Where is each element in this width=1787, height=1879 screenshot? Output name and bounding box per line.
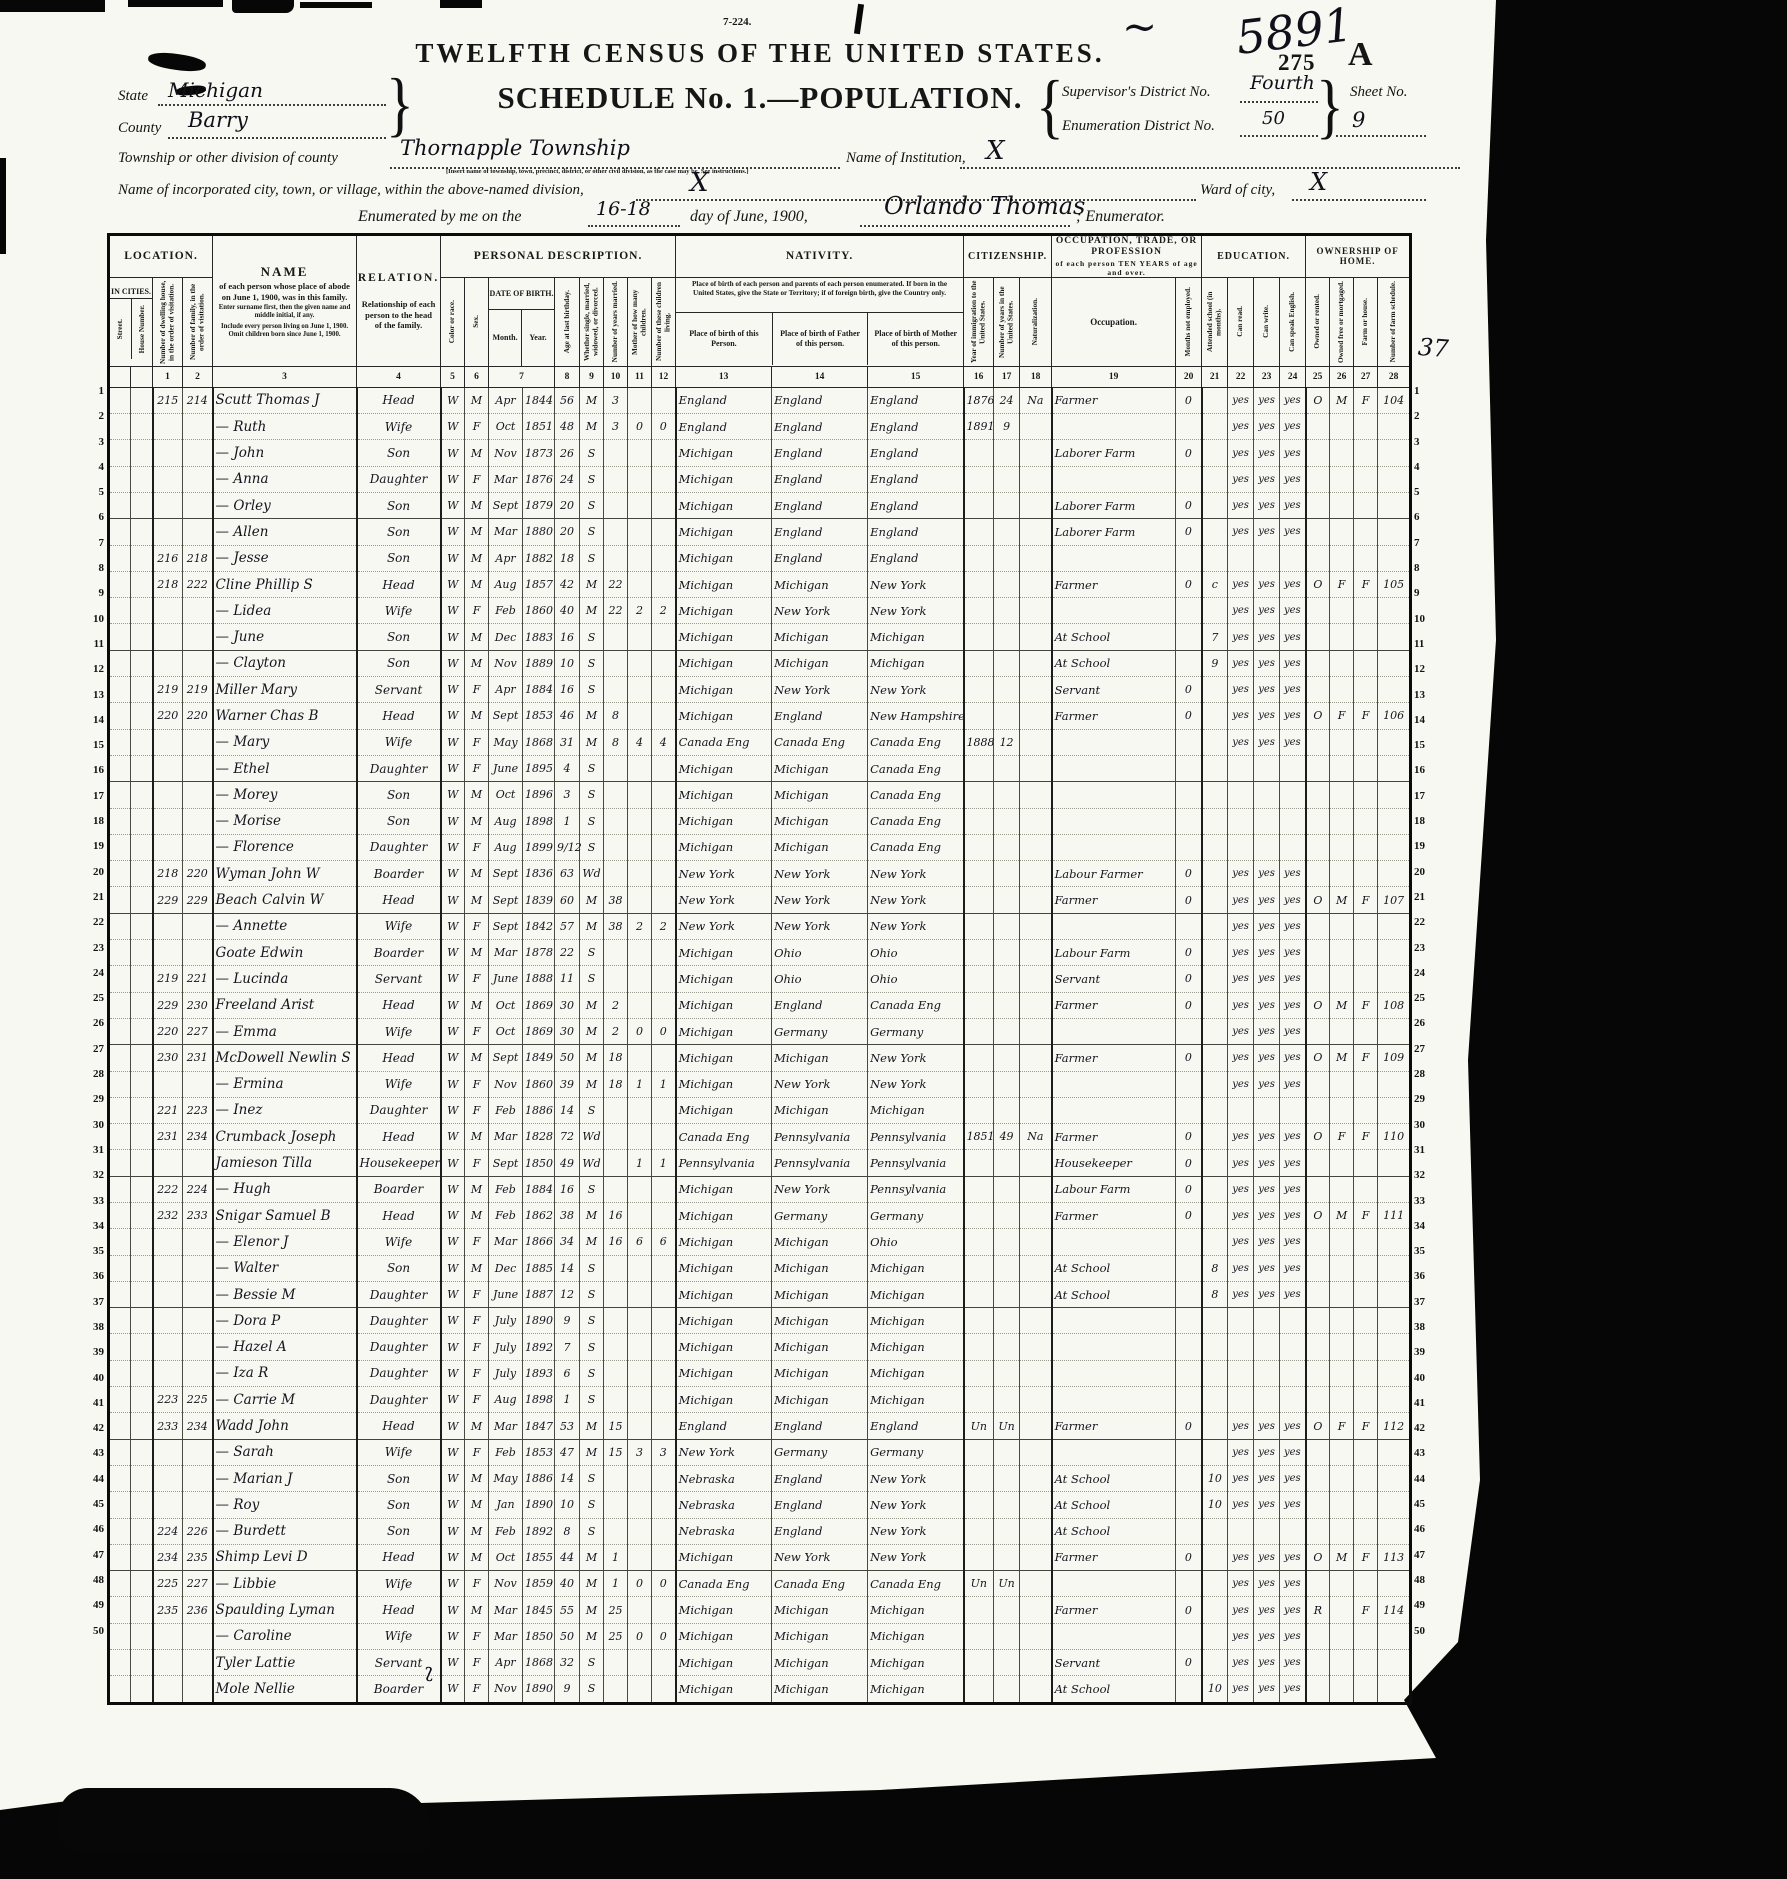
cell-sex: F (465, 1334, 489, 1360)
cell-years-married (604, 466, 628, 492)
cell-name: — Lucinda (213, 966, 357, 992)
cell-house-number (131, 1413, 153, 1439)
cell-can-read: yes (1228, 1176, 1254, 1202)
cell-birth-month: Mar (489, 1229, 523, 1255)
cell-immigration-year (964, 1597, 994, 1623)
cell-birth-year: 1892 (523, 1334, 555, 1360)
cell-mother-birthplace: Michigan (868, 1387, 964, 1413)
cell-owned-rented (1306, 545, 1330, 571)
cell-can-read: yes (1228, 913, 1254, 939)
cell-mother-birthplace: Michigan (868, 1308, 964, 1334)
cell-farm-schedule (1378, 1465, 1411, 1491)
cell-mother-of-children (628, 887, 652, 913)
cell-years-married: 3 (604, 387, 628, 413)
cell-birth-year: 1899 (523, 834, 555, 860)
cell-birthplace: Michigan (676, 1176, 772, 1202)
cell-relation: Housekeeper (357, 1150, 441, 1176)
cell-marital-status: S (580, 966, 604, 992)
cell-years-married (604, 1465, 628, 1491)
cell-birth-month: Aug (489, 834, 523, 860)
cell-can-write: yes (1254, 729, 1280, 755)
cell-father-birthplace: Michigan (772, 1623, 868, 1649)
row-number: 16 (1414, 758, 1432, 783)
cell-can-speak-english: yes (1280, 1571, 1306, 1597)
cell-children-living (652, 1124, 676, 1150)
cell-mother-of-children: 0 (628, 414, 652, 440)
cell-farm-house: F (1354, 1597, 1378, 1623)
cell-color: W (441, 1071, 465, 1097)
cell-marital-status: S (580, 677, 604, 703)
cell-father-birthplace: England (772, 992, 868, 1018)
cell-farm-house (1354, 940, 1378, 966)
cell-years-in-us (994, 440, 1020, 466)
col-can-write: Can write. (1254, 277, 1280, 366)
cell-owned-free-mortgaged: M (1330, 1202, 1354, 1228)
cell-family-number: 219 (183, 677, 213, 703)
cell-immigration-year (964, 1202, 994, 1228)
cell-naturalization (1020, 1097, 1052, 1123)
cell-farm-schedule (1378, 940, 1411, 966)
cell-birth-month: Sept (489, 1045, 523, 1071)
cell-birth-month: Nov (489, 1071, 523, 1097)
cell-birth-month: Mar (489, 1597, 523, 1623)
cell-color: W (441, 492, 465, 518)
cell-name: Shimp Levi D (213, 1544, 357, 1570)
cell-father-birthplace: England (772, 414, 868, 440)
cell-birth-year: 1851 (523, 414, 555, 440)
cell-occupation: At School (1052, 624, 1176, 650)
cell-dwelling-number (153, 650, 183, 676)
cell-naturalization (1020, 1492, 1052, 1518)
cell-occupation: At School (1052, 1281, 1176, 1307)
cell-father-birthplace: New York (772, 861, 868, 887)
cell-occupation: Laborer Farm (1052, 492, 1176, 518)
cell-birth-month: Apr (489, 1650, 523, 1676)
cell-marital-status: M (580, 913, 604, 939)
cell-naturalization: Na (1020, 387, 1052, 413)
cell-attended-school (1202, 1518, 1228, 1544)
cell-sex: M (465, 1124, 489, 1150)
row-number: 30 (86, 1113, 104, 1138)
row-number: 24 (1414, 961, 1432, 986)
cell-birthplace: Michigan (676, 492, 772, 518)
cell-can-write: yes (1254, 650, 1280, 676)
cell-children-living (652, 571, 676, 597)
cell-color: W (441, 624, 465, 650)
table-row: — MoriseSonWMAug18981SMichiganMichiganCa… (109, 808, 1411, 834)
cell-family-number (183, 1623, 213, 1649)
cell-sex: M (465, 1597, 489, 1623)
cell-color: W (441, 808, 465, 834)
cell-sex: M (465, 861, 489, 887)
row-number: 43 (86, 1441, 104, 1466)
cell-birth-month: Dec (489, 1255, 523, 1281)
cell-dwelling-number (153, 440, 183, 466)
cell-attended-school: 8 (1202, 1255, 1228, 1281)
cell-owned-free-mortgaged (1330, 1439, 1354, 1465)
cell-relation: Wife (357, 1071, 441, 1097)
scan-artifact (0, 158, 6, 254)
cell-children-living (652, 1281, 676, 1307)
cell-years-married (604, 834, 628, 860)
cell-birth-month: May (489, 729, 523, 755)
cell-can-speak-english: yes (1280, 650, 1306, 676)
cell-can-write: yes (1254, 966, 1280, 992)
cell-attended-school (1202, 1229, 1228, 1255)
cell-years-in-us (994, 1676, 1020, 1703)
cell-naturalization (1020, 677, 1052, 703)
cell-birth-month: Nov (489, 650, 523, 676)
cell-owned-rented (1306, 624, 1330, 650)
cell-name: — Clayton (213, 650, 357, 676)
cell-children-living (652, 1387, 676, 1413)
cell-birthplace: Michigan (676, 966, 772, 992)
cell-months-not-employed (1176, 1308, 1202, 1334)
cell-age: 34 (555, 1229, 580, 1255)
cell-family-number: 233 (183, 1202, 213, 1228)
row-number: 16 (86, 758, 104, 783)
cell-farm-house (1354, 1308, 1378, 1334)
cell-dwelling-number (153, 1439, 183, 1465)
cell-naturalization (1020, 1676, 1052, 1703)
table-row: — RuthWifeWFOct185148M300EnglandEnglandE… (109, 414, 1411, 440)
cell-years-married (604, 492, 628, 518)
cell-name: McDowell Newlin S (213, 1045, 357, 1071)
cell-street (109, 1150, 131, 1176)
row-number: 48 (1414, 1568, 1432, 1593)
cell-dwelling-number (153, 466, 183, 492)
table-row: — Marian JSonWMMay188614SNebraskaEngland… (109, 1465, 1411, 1491)
cell-farm-house: F (1354, 703, 1378, 729)
cell-farm-schedule: 106 (1378, 703, 1411, 729)
row-number: 35 (86, 1239, 104, 1264)
cell-farm-schedule (1378, 1071, 1411, 1097)
cell-owned-free-mortgaged (1330, 1018, 1354, 1044)
cell-years-married (604, 1255, 628, 1281)
cell-mother-of-children (628, 1387, 652, 1413)
cell-can-read: yes (1228, 1018, 1254, 1044)
cell-years-married: 3 (604, 414, 628, 440)
cell-naturalization (1020, 1018, 1052, 1044)
cell-farm-house (1354, 1439, 1378, 1465)
row-number: 47 (1414, 1543, 1432, 1568)
cell-children-living (652, 1465, 676, 1491)
cell-family-number: 214 (183, 387, 213, 413)
cell-color: W (441, 834, 465, 860)
cell-name: — Emma (213, 1018, 357, 1044)
table-row: 222224— HughBoarderWMFeb188416SMichiganN… (109, 1176, 1411, 1202)
cell-can-read: yes (1228, 1597, 1254, 1623)
cell-can-write (1254, 545, 1280, 571)
cell-father-birthplace: Michigan (772, 1597, 868, 1623)
cell-house-number (131, 1097, 153, 1123)
cell-mother-birthplace: Ohio (868, 940, 964, 966)
row-number: 39 (1414, 1340, 1432, 1365)
cell-family-number (183, 598, 213, 624)
cell-farm-schedule (1378, 1308, 1411, 1334)
cell-street (109, 1623, 131, 1649)
row-number: 45 (1414, 1492, 1432, 1517)
row-number: 27 (1414, 1037, 1432, 1062)
cell-attended-school (1202, 1439, 1228, 1465)
cell-birth-year: 1892 (523, 1518, 555, 1544)
cell-owned-rented (1306, 782, 1330, 808)
cell-street (109, 1281, 131, 1307)
cell-farm-schedule (1378, 861, 1411, 887)
cell-marital-status: Wd (580, 1124, 604, 1150)
cell-can-write: yes (1254, 677, 1280, 703)
cell-mother-of-children (628, 650, 652, 676)
table-row: 231234Crumback JosephHeadWMMar182872WdCa… (109, 1124, 1411, 1150)
cell-family-number: 227 (183, 1018, 213, 1044)
cell-children-living (652, 940, 676, 966)
cell-can-read: yes (1228, 861, 1254, 887)
cell-immigration-year (964, 808, 994, 834)
cell-farm-house (1354, 1255, 1378, 1281)
cell-can-speak-english (1280, 1387, 1306, 1413)
cell-farm-house: F (1354, 992, 1378, 1018)
cell-street (109, 598, 131, 624)
table-row: 232233Snigar Samuel BHeadWMFeb186238M16M… (109, 1202, 1411, 1228)
cell-owned-rented: O (1306, 1413, 1330, 1439)
cell-sex: F (465, 834, 489, 860)
cell-family-number: 235 (183, 1544, 213, 1570)
cell-relation: Head (357, 887, 441, 913)
cell-immigration-year (964, 782, 994, 808)
cell-house-number (131, 887, 153, 913)
cell-birth-month: Oct (489, 782, 523, 808)
enumeration-district-value: 50 (1262, 108, 1285, 129)
row-number: 32 (1414, 1163, 1432, 1188)
cell-family-number (183, 755, 213, 781)
cell-house-number (131, 1387, 153, 1413)
cell-birthplace: New York (676, 1439, 772, 1465)
cell-children-living (652, 1202, 676, 1228)
cell-name: Goate Edwin (213, 940, 357, 966)
cell-marital-status: S (580, 1334, 604, 1360)
cell-dwelling-number: 230 (153, 1045, 183, 1071)
cell-mother-of-children: 1 (628, 1071, 652, 1097)
cell-can-write: yes (1254, 1124, 1280, 1150)
cell-birth-year: 1836 (523, 861, 555, 887)
cell-can-speak-english: yes (1280, 440, 1306, 466)
cell-months-not-employed: 0 (1176, 1413, 1202, 1439)
cell-years-in-us (994, 1334, 1020, 1360)
cell-occupation: At School (1052, 650, 1176, 676)
cell-house-number (131, 624, 153, 650)
cell-months-not-employed (1176, 650, 1202, 676)
cell-years-married (604, 755, 628, 781)
cell-birthplace: Michigan (676, 440, 772, 466)
cell-can-speak-english (1280, 545, 1306, 571)
cell-owned-free-mortgaged (1330, 1676, 1354, 1703)
cell-name: Wyman John W (213, 861, 357, 887)
cell-family-number (183, 1071, 213, 1097)
cell-naturalization (1020, 598, 1052, 624)
cell-sex: F (465, 1281, 489, 1307)
cell-dwelling-number (153, 1650, 183, 1676)
cell-attended-school (1202, 1176, 1228, 1202)
cell-marital-status: S (580, 755, 604, 781)
row-number: 2 (86, 404, 104, 429)
cell-color: W (441, 598, 465, 624)
cell-name: — June (213, 624, 357, 650)
cell-family-number (183, 1150, 213, 1176)
cell-family-number (183, 1360, 213, 1386)
cell-farm-schedule: 108 (1378, 992, 1411, 1018)
row-number: 44 (86, 1467, 104, 1492)
cell-dwelling-number (153, 624, 183, 650)
cell-owned-rented (1306, 940, 1330, 966)
cell-sex: F (465, 598, 489, 624)
cell-occupation (1052, 1387, 1176, 1413)
cell-years-married (604, 1334, 628, 1360)
cell-months-not-employed: 0 (1176, 861, 1202, 887)
cell-years-in-us (994, 1387, 1020, 1413)
cell-mother-birthplace: Pennsylvania (868, 1124, 964, 1150)
cell-can-write: yes (1254, 624, 1280, 650)
cell-farm-house: F (1354, 387, 1378, 413)
cell-house-number (131, 966, 153, 992)
cell-owned-free-mortgaged (1330, 624, 1354, 650)
cell-relation: Wife (357, 913, 441, 939)
cell-age: 56 (555, 387, 580, 413)
cell-relation: Boarder (357, 1176, 441, 1202)
cell-relation: Head (357, 992, 441, 1018)
cell-marital-status: S (580, 492, 604, 518)
cell-house-number (131, 598, 153, 624)
cell-years-married (604, 1097, 628, 1123)
cell-farm-house (1354, 1650, 1378, 1676)
cell-color: W (441, 571, 465, 597)
cell-father-birthplace: Michigan (772, 1360, 868, 1386)
cell-birth-month: Aug (489, 808, 523, 834)
cell-farm-schedule (1378, 1676, 1411, 1703)
cell-street (109, 1334, 131, 1360)
row-number: 3 (86, 430, 104, 455)
cell-father-birthplace: England (772, 466, 868, 492)
cell-birth-year: 1873 (523, 440, 555, 466)
cell-months-not-employed (1176, 1229, 1202, 1255)
cell-age: 16 (555, 624, 580, 650)
cell-father-birthplace: England (772, 545, 868, 571)
cell-name: Scutt Thomas J (213, 387, 357, 413)
cell-farm-house (1354, 1176, 1378, 1202)
cell-farm-house (1354, 1150, 1378, 1176)
cell-family-number (183, 782, 213, 808)
cell-can-speak-english: yes (1280, 519, 1306, 545)
cell-dwelling-number: 235 (153, 1597, 183, 1623)
cell-marital-status: S (580, 440, 604, 466)
cell-naturalization (1020, 913, 1052, 939)
cell-children-living: 0 (652, 1018, 676, 1044)
cell-farm-house (1354, 729, 1378, 755)
cell-age: 31 (555, 729, 580, 755)
cell-mother-of-children (628, 1124, 652, 1150)
cell-immigration-year (964, 940, 994, 966)
row-number: 40 (1414, 1366, 1432, 1391)
cell-farm-schedule (1378, 492, 1411, 518)
cell-name: — Annette (213, 913, 357, 939)
cell-months-not-employed: 0 (1176, 1202, 1202, 1228)
cell-street (109, 1071, 131, 1097)
cell-children-living (652, 966, 676, 992)
row-number: 50 (86, 1619, 104, 1644)
cell-color: W (441, 1439, 465, 1465)
cell-occupation (1052, 1071, 1176, 1097)
cell-years-in-us (994, 1308, 1020, 1334)
cell-mother-birthplace: Michigan (868, 1360, 964, 1386)
cell-birth-year: 1860 (523, 598, 555, 624)
cell-owned-rented (1306, 1334, 1330, 1360)
cell-naturalization (1020, 1071, 1052, 1097)
cell-farm-schedule (1378, 624, 1411, 650)
row-number: 1 (1414, 379, 1432, 404)
cell-mother-birthplace: Michigan (868, 1097, 964, 1123)
cell-birth-month: Feb (489, 1202, 523, 1228)
cell-birth-month: July (489, 1360, 523, 1386)
scan-artifact (128, 0, 223, 7)
cell-dwelling-number: 219 (153, 677, 183, 703)
row-number: 42 (1414, 1416, 1432, 1441)
cell-age: 9/12 (555, 834, 580, 860)
cell-farm-schedule (1378, 782, 1411, 808)
cell-attended-school (1202, 1045, 1228, 1071)
sheet-letter: A (1348, 36, 1373, 74)
cell-mother-of-children (628, 940, 652, 966)
cell-can-speak-english: yes (1280, 966, 1306, 992)
cell-mother-birthplace: England (868, 519, 964, 545)
cell-children-living: 1 (652, 1071, 676, 1097)
cell-mother-birthplace: England (868, 466, 964, 492)
cell-can-write (1254, 834, 1280, 860)
cell-mother-of-children (628, 703, 652, 729)
cell-mother-of-children (628, 1465, 652, 1491)
cell-immigration-year (964, 1308, 994, 1334)
cell-name: — Bessie M (213, 1281, 357, 1307)
cell-sex: F (465, 755, 489, 781)
cell-attended-school (1202, 1308, 1228, 1334)
cell-birthplace: Michigan (676, 598, 772, 624)
cell-children-living (652, 1650, 676, 1676)
cell-birth-month: Apr (489, 387, 523, 413)
cell-street (109, 1124, 131, 1150)
row-number: 18 (1414, 809, 1432, 834)
margin-note: 37 (1417, 333, 1449, 363)
cell-attended-school (1202, 1334, 1228, 1360)
cell-mother-birthplace: England (868, 440, 964, 466)
cell-attended-school (1202, 1623, 1228, 1649)
row-number: 4 (86, 455, 104, 480)
cell-owned-rented (1306, 1150, 1330, 1176)
cell-birth-year: 1869 (523, 992, 555, 1018)
cell-family-number: 226 (183, 1518, 213, 1544)
cell-birthplace: Michigan (676, 703, 772, 729)
cell-family-number (183, 519, 213, 545)
cell-farm-house: F (1354, 571, 1378, 597)
cell-years-in-us (994, 1255, 1020, 1281)
cell-father-birthplace: Michigan (772, 624, 868, 650)
cell-age: 30 (555, 1018, 580, 1044)
cell-can-speak-english: yes (1280, 1176, 1306, 1202)
cell-owned-rented: O (1306, 1544, 1330, 1570)
cell-farm-schedule (1378, 1018, 1411, 1044)
cell-mother-birthplace: New York (868, 598, 964, 624)
cell-attended-school (1202, 1360, 1228, 1386)
cell-color: W (441, 650, 465, 676)
cell-birth-month: Apr (489, 545, 523, 571)
cell-immigration-year (964, 1439, 994, 1465)
